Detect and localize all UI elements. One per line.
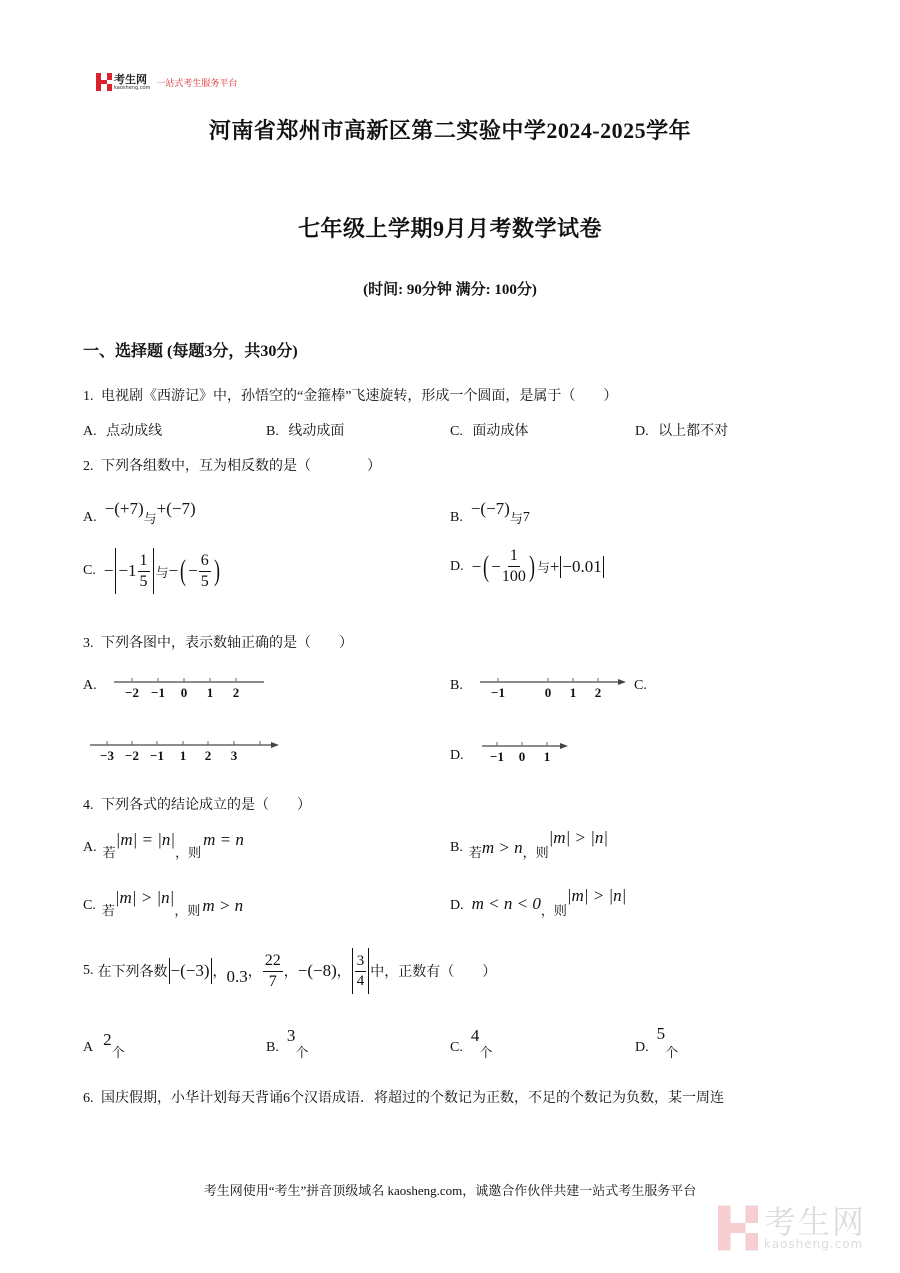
- svg-text:−1: −1: [491, 685, 505, 700]
- q4-option-d[interactable]: D. m < n < 0 ，则 |m| > |n|: [450, 886, 626, 919]
- question-3: 3. 下列各图中，表示数轴正确的是（ ）: [83, 632, 353, 652]
- number-line-b: −1012: [478, 674, 628, 702]
- svg-text:−2: −2: [125, 685, 139, 700]
- q1-option-b[interactable]: B. 线动成面: [266, 420, 344, 440]
- exam-meta: (时间: 90分钟 满分: 100分): [0, 278, 900, 299]
- exam-title-line1: 河南省郑州市高新区第二实验中学2024-2025学年: [0, 114, 900, 145]
- footer-text: 考生网使用“考生”拼音顶级域名 kaosheng.com，诚邀合作伙伴共建一站式…: [0, 1180, 900, 1199]
- svg-text:−3: −3: [100, 748, 114, 763]
- svg-text:3: 3: [231, 748, 238, 763]
- q1-option-c[interactable]: C. 面动成体: [450, 420, 528, 440]
- q2-option-d[interactable]: D. − ( − 1100 ) 与 + −0.01: [450, 548, 605, 585]
- q3-option-a[interactable]: A.: [83, 678, 97, 694]
- logo-name: 考生网: [114, 74, 150, 85]
- q4-option-a[interactable]: A. 若 |m| = |n| ，则 m = n: [83, 830, 244, 861]
- svg-text:−1: −1: [490, 749, 504, 764]
- question-6: 6. 国庆假期，小华计划每天背诵6个汉语成语．将超过的个数记为正数，不足的个数记…: [83, 1087, 724, 1107]
- q2-option-b[interactable]: B. −(−7) 与 7: [450, 490, 530, 527]
- question-4: 4. 下列各式的结论成立的是（ ）: [83, 794, 311, 814]
- svg-text:−2: −2: [125, 748, 139, 763]
- svg-text:2: 2: [595, 685, 602, 700]
- fraction-6-5: 65: [199, 553, 211, 590]
- watermark-logo: 考生网 kaosheng.com: [718, 1205, 866, 1251]
- watermark-name: 考生网: [764, 1206, 866, 1238]
- watermark-domain: kaosheng.com: [764, 1238, 866, 1250]
- q1-option-d[interactable]: D. 以上都不对: [635, 420, 728, 440]
- svg-text:−1: −1: [151, 685, 165, 700]
- svg-text:1: 1: [570, 685, 577, 700]
- abs-bar-left: [115, 548, 116, 594]
- q3-option-b[interactable]: B.: [450, 678, 463, 694]
- kaosheng-watermark-icon: [718, 1205, 758, 1251]
- q4-option-b[interactable]: B. 若 m > n ，则 |m| > |n|: [450, 828, 608, 861]
- section-heading: 一、选择题 (每题3分，共30分): [83, 338, 298, 361]
- q3-option-d[interactable]: D.: [450, 748, 464, 764]
- fraction-3-4: 34: [355, 954, 367, 989]
- logo-domain: kaosheng.com: [114, 85, 150, 91]
- question-2: 2. 下列各组数中，互为相反数的是（ ）: [83, 455, 381, 475]
- q5-option-c[interactable]: C. 4 个: [450, 1026, 492, 1061]
- svg-text:0: 0: [545, 685, 552, 700]
- q1-option-a[interactable]: A. 点动成线: [83, 420, 162, 440]
- fraction-22-7: 227: [263, 953, 283, 990]
- question-text: 电视剧《西游记》中，孙悟空的“金箍棒”飞速旋转，形成一个圆面，是属于（ ）: [101, 389, 617, 404]
- q5-option-d[interactable]: D. 5 个: [635, 1024, 678, 1061]
- q2-option-c[interactable]: C. − −1 15 与 − ( − 65 ): [83, 548, 222, 594]
- number-line-a: −2−1012: [110, 674, 270, 702]
- header-logo: 考生网 kaosheng.com 一站式考生服务平台: [96, 73, 237, 91]
- fraction-1-5: 15: [138, 553, 150, 590]
- q4-option-c[interactable]: C. 若 |m| > |n| ，则 m > n: [83, 888, 243, 919]
- svg-text:2: 2: [205, 748, 212, 763]
- svg-text:1: 1: [544, 749, 551, 764]
- number-line-c: −3−2−1 123: [88, 737, 283, 765]
- exam-title-line2: 七年级上学期9月月考数学试卷: [0, 212, 900, 243]
- q5-option-a[interactable]: A 2 个: [83, 1030, 125, 1061]
- svg-text:1: 1: [180, 748, 187, 763]
- number-line-d: −101: [480, 738, 572, 766]
- q2-option-a[interactable]: A. −(+7) 与 +(−7): [83, 490, 196, 527]
- question-number: 1.: [83, 389, 94, 404]
- svg-text:0: 0: [181, 685, 188, 700]
- q5-option-b[interactable]: B. 3 个: [266, 1026, 308, 1061]
- fraction-1-100: 1100: [502, 548, 526, 585]
- svg-text:0: 0: [519, 749, 526, 764]
- logo-slogan: 一站式考生服务平台: [156, 76, 237, 89]
- svg-text:1: 1: [207, 685, 214, 700]
- svg-text:2: 2: [233, 685, 240, 700]
- abs-bar-right: [153, 548, 154, 594]
- option-label: D.: [450, 559, 464, 575]
- question-5: 5. 在下列各数 −(−3) ， 0.3 ， 227 ， −(−8) ， 34 …: [83, 948, 496, 994]
- q3-option-c-label[interactable]: C.: [634, 678, 647, 694]
- svg-text:−1: −1: [150, 748, 164, 763]
- kaosheng-logo-icon: [96, 73, 112, 91]
- option-label: C.: [83, 563, 96, 579]
- question-1: 1. 电视剧《西游记》中，孙悟空的“金箍棒”飞速旋转，形成一个圆面，是属于（ ）: [83, 385, 617, 405]
